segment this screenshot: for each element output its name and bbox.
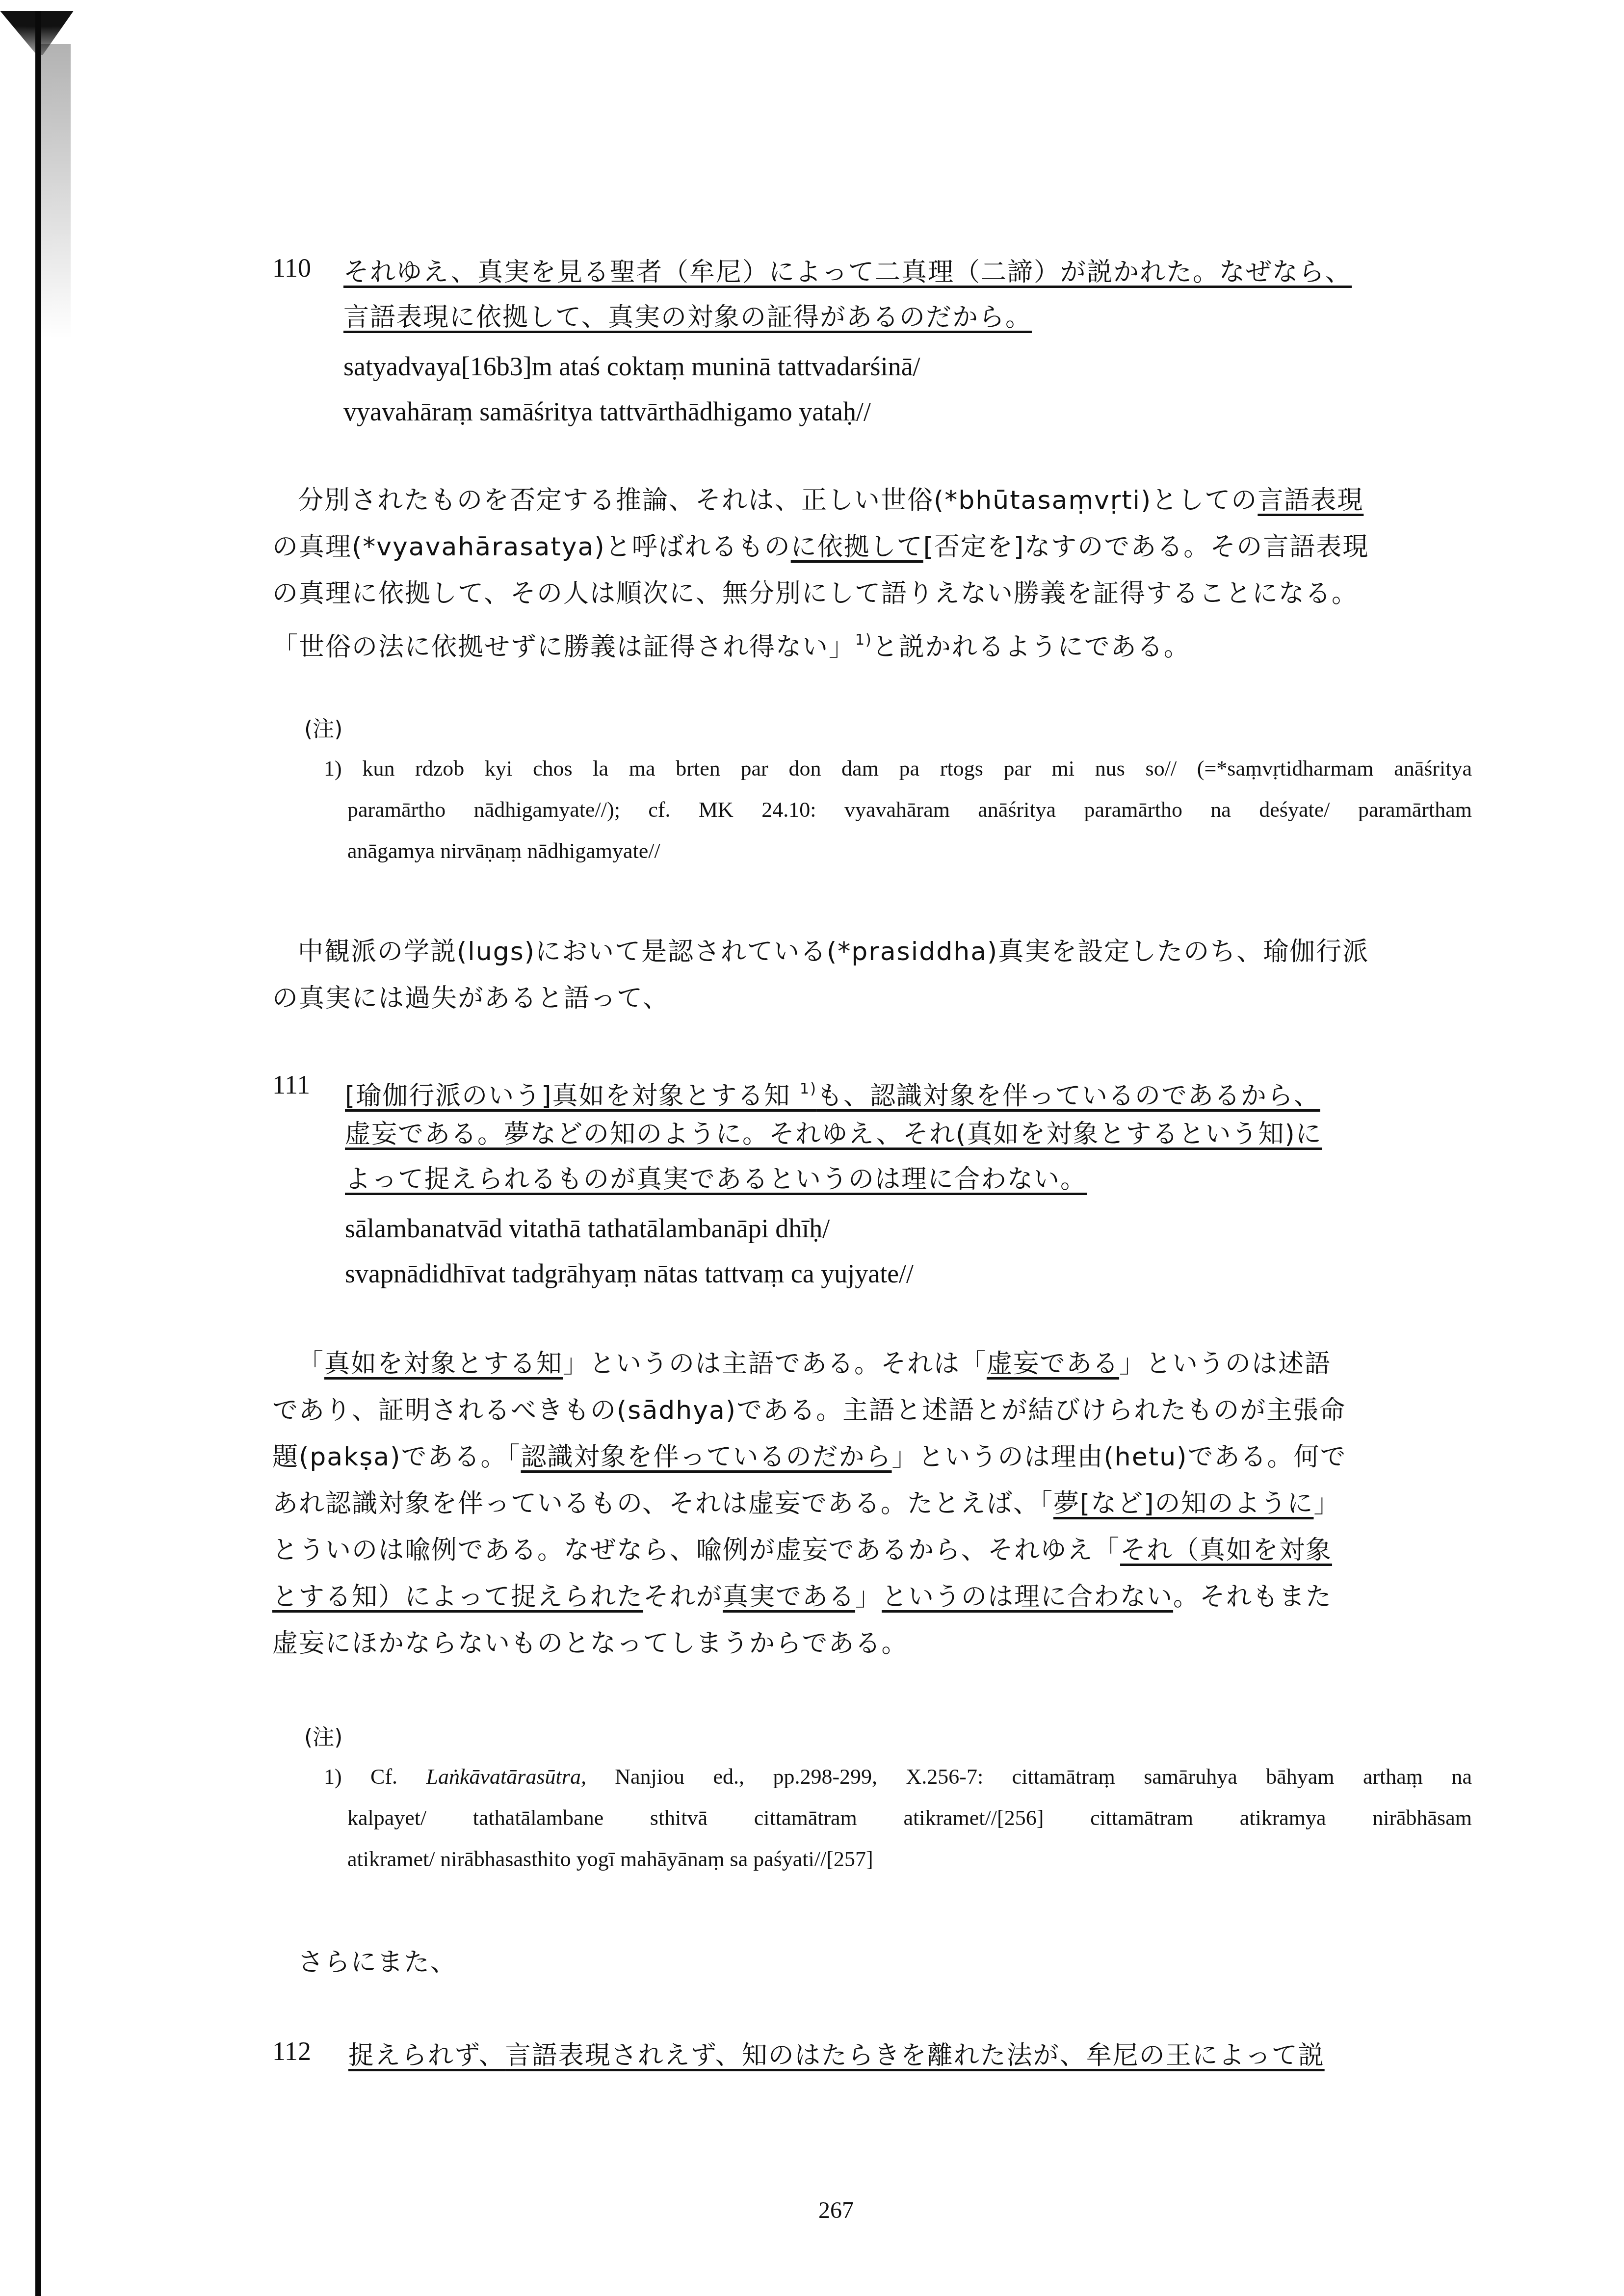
footnote-line: 1) kun rdzob kyi chos la ma brten par do…	[324, 753, 1472, 794]
sanskrit-line: satyadvaya[16b3]m ataś coktaṃ muninā tat…	[343, 347, 1472, 392]
verse-jp-line: 捉えられず、言語表現されえず、知のはたらきを離れた法が、牟尼の王によって説	[348, 2036, 1477, 2081]
sanskrit-line: sālambanatvād vitathā tathatālambanāpi d…	[345, 1209, 1473, 1254]
verse-jp-line: それゆえ、真実を見る聖者（牟尼）によって二真理（二諦）が説かれた。なぜなら、	[343, 253, 1472, 298]
verse-body: [瑜伽行派のいう]真如を対象とする知 1)も、認識対象を伴っているのであるから、…	[345, 1070, 1473, 1299]
paragraph-line: の真実には過失があると語って、	[272, 979, 1472, 1025]
sanskrit-line: vyavahāraṃ samāśritya tattvārthādhigamo …	[343, 392, 1472, 437]
footnote-line: atikramet/ nirābhasasthito yogī mahāyāna…	[324, 1844, 1472, 1885]
footnote-line: paramārtho nādhigamyate//); cf. MK 24.10…	[324, 794, 1472, 835]
paragraph-line: とする知）によって捉えられたそれが真実である」というのは理に合わない。それもまた	[272, 1577, 1472, 1624]
verse-body: 捉えられず、言語表現されえず、知のはたらきを離れた法が、牟尼の王によって説	[348, 2036, 1477, 2081]
notes-heading: (注)	[304, 1720, 342, 1751]
footnote-line: 1) Cf. Laṅkāvatārasūtra, Nanjiou ed., pp…	[324, 1761, 1472, 1802]
transition-111: 中観派の学説(lugs)において是認されている(*prasiddha)真実を設定…	[272, 932, 1472, 1025]
paragraph-line: さらにまた、	[272, 1943, 1472, 1989]
footnote-111-1: 1) Cf. Laṅkāvatārasūtra, Nanjiou ed., pp…	[324, 1761, 1472, 1885]
footnote-110-1: 1) kun rdzob kyi chos la ma brten par do…	[324, 753, 1472, 877]
commentary-111: 「真如を対象とする知」というのは主語である。それは「虚妄である」というのは述語 …	[272, 1344, 1472, 1670]
footnote-line: kalpayet/ tathatālambane sthitvā cittamā…	[324, 1802, 1472, 1844]
scan-binding-fade	[41, 44, 71, 339]
paragraph-line: 分別されたものを否定する推論、それは、正しい世俗(*bhūtasaṃvṛti)と…	[272, 481, 1472, 527]
paragraph-line: 中観派の学説(lugs)において是認されている(*prasiddha)真実を設定…	[272, 932, 1472, 979]
paragraph-line: とういのは喩例である。なぜなら、喩例が虚妄であるから、それゆえ「それ（真如を対象	[272, 1531, 1472, 1577]
cited-title: Laṅkāvatārasūtra,	[426, 1765, 586, 1789]
scan-binding-shadow	[35, 11, 41, 2296]
sanskrit-line: svapnādidhīvat tadgrāhyaṃ nātas tattvaṃ …	[345, 1254, 1473, 1299]
paragraph-line: 題(pakṣa)である。「認識対象を伴っているのだから」というのは理由(hetu…	[272, 1437, 1472, 1484]
verse-number: 110	[272, 253, 311, 283]
verse-body: それゆえ、真実を見る聖者（牟尼）によって二真理（二諦）が説かれた。なぜなら、 言…	[343, 253, 1472, 437]
paragraph-line: の真理に依拠して、その人は順次に、無分別にして語りえない勝義を証得することになる…	[272, 574, 1472, 621]
verse-jp-line: [瑜伽行派のいう]真如を対象とする知 1)も、認識対象を伴っているのであるから、	[345, 1070, 1473, 1115]
footnote-ref: 1)	[855, 631, 872, 649]
paragraph-line: であり、証明されるべきもの(sādhya)である。主語と述語とが結びけられたもの…	[272, 1391, 1472, 1437]
paragraph-line: 「真如を対象とする知」というのは主語である。それは「虚妄である」というのは述語	[272, 1344, 1472, 1391]
verse-jp-line: よって捉えられるものが真実であるというのは理に合わない。	[345, 1160, 1473, 1205]
page-number: 267	[818, 2197, 854, 2224]
commentary-110: 分別されたものを否定する推論、それは、正しい世俗(*bhūtasaṃvṛti)と…	[272, 481, 1472, 667]
verse-jp-line: 虚妄である。夢などの知のように。それゆえ、それ(真如を対象とするという知)に	[345, 1115, 1473, 1160]
verse-jp-line: 言語表現に依拠して、真実の対象の証得があるのだから。	[343, 298, 1472, 343]
paragraph-line: 虚妄にほかならないものとなってしまうからである。	[272, 1624, 1472, 1670]
verse-number: 112	[272, 2036, 311, 2066]
paragraph-line: 「世俗の法に依拠せずに勝義は証得され得ない」1)と説かれるようにである。	[272, 621, 1472, 667]
paragraph-line: の真理(*vyavahārasatya)と呼ばれるものに依拠して[否定を]なすの…	[272, 527, 1472, 574]
notes-heading: (注)	[304, 711, 342, 743]
transition-112: さらにまた、	[272, 1943, 1472, 1989]
footnote-line: anāgamya nirvāṇaṃ nādhigamyate//	[324, 835, 1472, 877]
verse-number: 111	[272, 1070, 310, 1100]
footnote-ref: 1)	[800, 1080, 817, 1097]
paragraph-line: あれ認識対象を伴っているもの、それは虚妄である。たとえば、「夢[など]の知のよう…	[272, 1484, 1472, 1531]
